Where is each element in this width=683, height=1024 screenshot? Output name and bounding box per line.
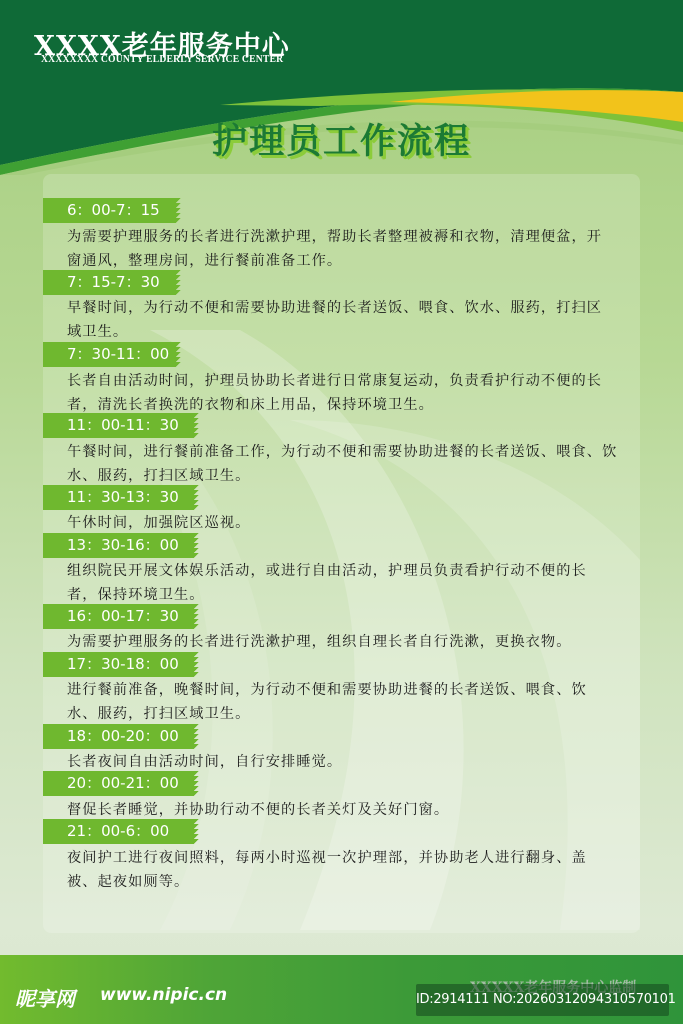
schedule-text: 者，清洗长者换洗的衣物和床上用品，保持环境卫生。 — [67, 394, 434, 414]
schedule-text: 窗通风，整理房间，进行餐前准备工作。 — [67, 250, 342, 270]
schedule-text: 长者自由活动时间，护理员协助长者进行日常康复运动，负责看护行动不便的长 — [67, 370, 602, 390]
schedule-text: 为需要护理服务的长者进行洗漱护理，帮助长者整理被褥和衣物，清理便盆，开 — [67, 226, 602, 246]
schedule-text: 水、服药，打扫区域卫生。 — [67, 465, 250, 485]
watermark-url: www.nipic.cn — [100, 985, 227, 1005]
schedule-text: 进行餐前准备，晚餐时间，为行动不便和需要协助进餐的长者送饭、喂食、饮 — [67, 679, 587, 699]
time-tag: 20：00-21：00 — [43, 771, 194, 796]
time-tag: 7：15-7：30 — [43, 270, 176, 295]
schedule-text: 被、起夜如厕等。 — [67, 871, 189, 891]
schedule-text: 午休时间，加强院区巡视。 — [67, 512, 250, 532]
time-tag: 18：00-20：00 — [43, 724, 194, 749]
page-title: 护理员工作流程 — [0, 114, 683, 164]
time-tag: 7：30-11：00 — [43, 342, 176, 367]
schedule-text: 长者夜间自由活动时间，自行安排睡觉。 — [67, 751, 342, 771]
time-tag: 13：30-16：00 — [43, 533, 194, 558]
watermark-id: ID:2914111 NO:20260312094310570101 — [416, 984, 669, 1016]
time-tag: 17：30-18：00 — [43, 652, 194, 677]
org-name-en: XXXXXXXX COUNTY ELDERLY SERVICE CENTER — [41, 54, 283, 65]
schedule-text: 早餐时间，为行动不便和需要协助进餐的长者送饭、喂食、饮水、服药，打扫区 — [67, 297, 602, 317]
schedule-text: 督促长者睡觉，并协助行动不便的长者关灯及关好门窗。 — [67, 799, 449, 819]
schedule-text: 午餐时间，进行餐前准备工作，为行动不便和需要协助进餐的长者送饭、喂食、饮 — [67, 441, 617, 461]
time-tag: 6：00-7：15 — [43, 198, 176, 223]
watermark-logo: 昵享网 — [15, 983, 75, 1012]
schedule-text: 为需要护理服务的长者进行洗漱护理，组织自理长者自行洗漱，更换衣物。 — [67, 631, 572, 651]
schedule-text: 水、服药，打扫区域卫生。 — [67, 703, 250, 723]
schedule-text: 者，保持环境卫生。 — [67, 584, 205, 604]
footer-bar: 昵享网 www.nipic.cn XXXXX老年服务中心监制 ID:291411… — [0, 955, 683, 1024]
schedule-text: 域卫生。 — [67, 321, 128, 341]
time-tag: 16：00-17：30 — [43, 604, 194, 629]
time-tag: 21：00-6：00 — [43, 819, 194, 844]
time-tag: 11：30-13：30 — [43, 485, 194, 510]
schedule-text: 夜间护工进行夜间照料，每两小时巡视一次护理部，并协助老人进行翻身、盖 — [67, 847, 587, 867]
time-tag: 11：00-11：30 — [43, 413, 194, 438]
schedule-text: 组织院民开展文体娱乐活动，或进行自由活动，护理员负责看护行动不便的长 — [67, 560, 587, 580]
